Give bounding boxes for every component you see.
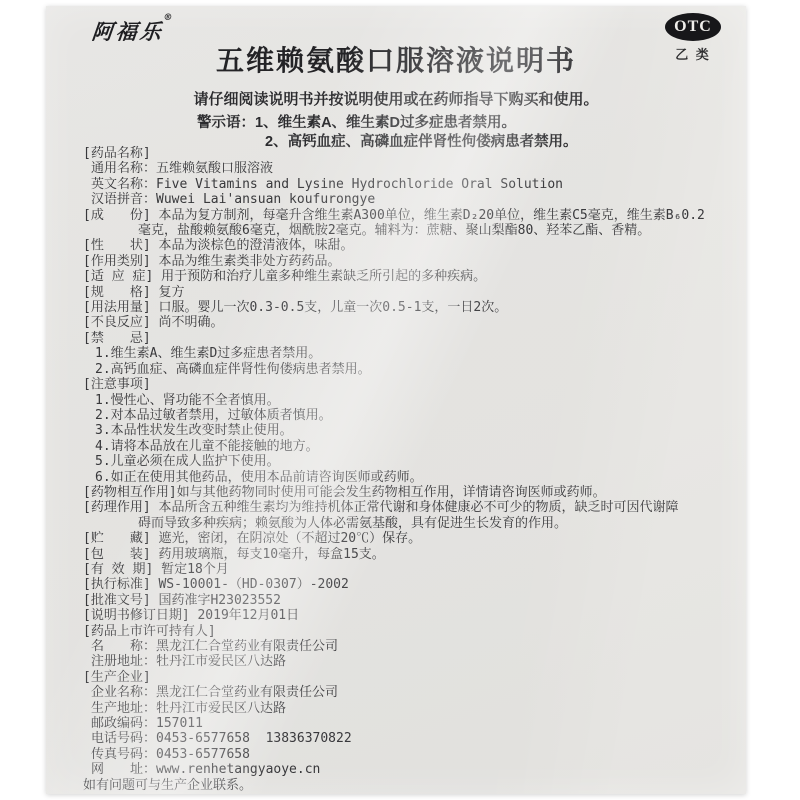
- body-line: 网 址：www.renhetangyaoye.cn: [83, 762, 738, 777]
- body-line: 毫克，盐酸赖氨酸6毫克，烟酰胺2毫克。辅料为：蔗糖、聚山梨酯80、羟苯乙酯、香精…: [83, 223, 738, 238]
- body-line: 注册地址：牡丹江市爱民区八达路: [83, 654, 738, 669]
- body-line: [禁 忌]: [83, 331, 738, 346]
- body-line: 邮政编码：157011: [83, 716, 738, 731]
- body-line: [适 应 症] 用于预防和治疗儿童多种维生素缺乏所引起的多种疾病。: [83, 269, 738, 284]
- body-line: [药物相互作用]如与其他药物同时使用可能会发生药物相互作用，详情请咨询医师或药师…: [83, 485, 738, 500]
- body-line: 2.对本品过敏者禁用，过敏体质者慎用。: [83, 408, 738, 423]
- body-line: [不良反应] 尚不明确。: [83, 315, 738, 330]
- registered-trademark-icon: ®: [163, 13, 173, 23]
- body-line: [批准文号] 国药准字H23023552: [83, 593, 738, 608]
- read-guidance-text: 请仔细阅读说明书并按说明使用或在药师指导下购买和使用。: [46, 88, 746, 109]
- body-line: [用法用量] 口服。婴儿一次0.3-0.5支，儿童一次0.5-1支，一日2次。: [83, 300, 738, 315]
- body-line: [包 装] 药用玻璃瓶，每支10毫升，每盒15支。: [83, 547, 738, 562]
- body-line: [药品名称]: [83, 146, 738, 161]
- body-line: [性 状] 本品为淡棕色的澄清液体，味甜。: [83, 238, 738, 253]
- body-line: 通用名称：五维赖氨酸口服溶液: [83, 161, 738, 176]
- body-line: 3.本品性状发生改变时禁止使用。: [83, 423, 738, 438]
- leaflet-body: [药品名称]通用名称：五维赖氨酸口服溶液英文名称：Five Vitamins a…: [83, 146, 738, 793]
- body-line: [作用类别] 本品为维生素类非处方药药品。: [83, 254, 738, 269]
- page-title: 五维赖氨酸口服溶液说明书: [46, 39, 746, 79]
- body-line: 4.请将本品放在儿童不能接触的地方。: [83, 439, 738, 454]
- body-line: [执行标准] WS-10001-（HD-0307）-2002: [83, 577, 738, 592]
- body-line: [药品上市许可持有人]: [83, 624, 738, 639]
- body-line: [规 格] 复方: [83, 285, 738, 300]
- body-line: [药理作用] 本品所含五种维生素均为维持机体正常代谢和身体健康必不可少的物质，缺…: [83, 500, 738, 515]
- body-line: 名 称：黑龙江仁合堂药业有限责任公司: [83, 639, 738, 654]
- body-line: 电话号码：0453-6577658 13836370822: [83, 731, 738, 746]
- body-line: [成 份] 本品为复方制剂，每毫升含维生素A300单位，维生素D₂20单位，维生…: [83, 208, 738, 223]
- body-line: 汉语拼音：Wuwei Lai'ansuan koufurongye: [83, 192, 738, 207]
- otc-icon: OTC: [665, 13, 721, 41]
- body-line: 1.慢性心、肾功能不全者慎用。: [83, 393, 738, 408]
- body-line: 生产地址：牡丹江市爱民区八达路: [83, 701, 738, 716]
- body-line: [有 效 期] 暂定18个月: [83, 562, 738, 577]
- body-line: 1.维生素A、维生素D过多症患者禁用。: [83, 346, 738, 361]
- body-line: [生产企业]: [83, 670, 738, 685]
- warning-line-1: 警示语：1、维生素A、维生素D过多症患者禁用。: [197, 111, 516, 132]
- body-line: 5.儿童必须在成人监护下使用。: [83, 454, 738, 469]
- body-line: 2.高钙血症、高磷血症伴肾性佝偻病患者禁用。: [83, 362, 738, 377]
- body-line: 碍而导致多种疾病；赖氨酸为人体必需氨基酸，具有促进生长发育的作用。: [83, 516, 738, 531]
- body-line: 6.如正在使用其他药品，使用本品前请咨询医师或药师。: [83, 470, 738, 485]
- body-line: 企业名称：黑龙江仁合堂药业有限责任公司: [83, 685, 738, 700]
- body-line: 传真号码：0453-6577658: [83, 747, 738, 762]
- body-line: [说明书修订日期] 2019年12月01日: [83, 608, 738, 623]
- body-line: 如有问题可与生产企业联系。: [83, 778, 738, 793]
- body-line: [贮 藏] 遮光，密闭，在阴凉处（不超过20℃）保存。: [83, 531, 738, 546]
- leaflet-paper: 阿福乐® OTC 乙 类 五维赖氨酸口服溶液说明书 请仔细阅读说明书并按说明使用…: [46, 6, 746, 794]
- body-line: 英文名称：Five Vitamins and Lysine Hydrochlor…: [83, 177, 738, 192]
- body-line: [注意事项]: [83, 377, 738, 392]
